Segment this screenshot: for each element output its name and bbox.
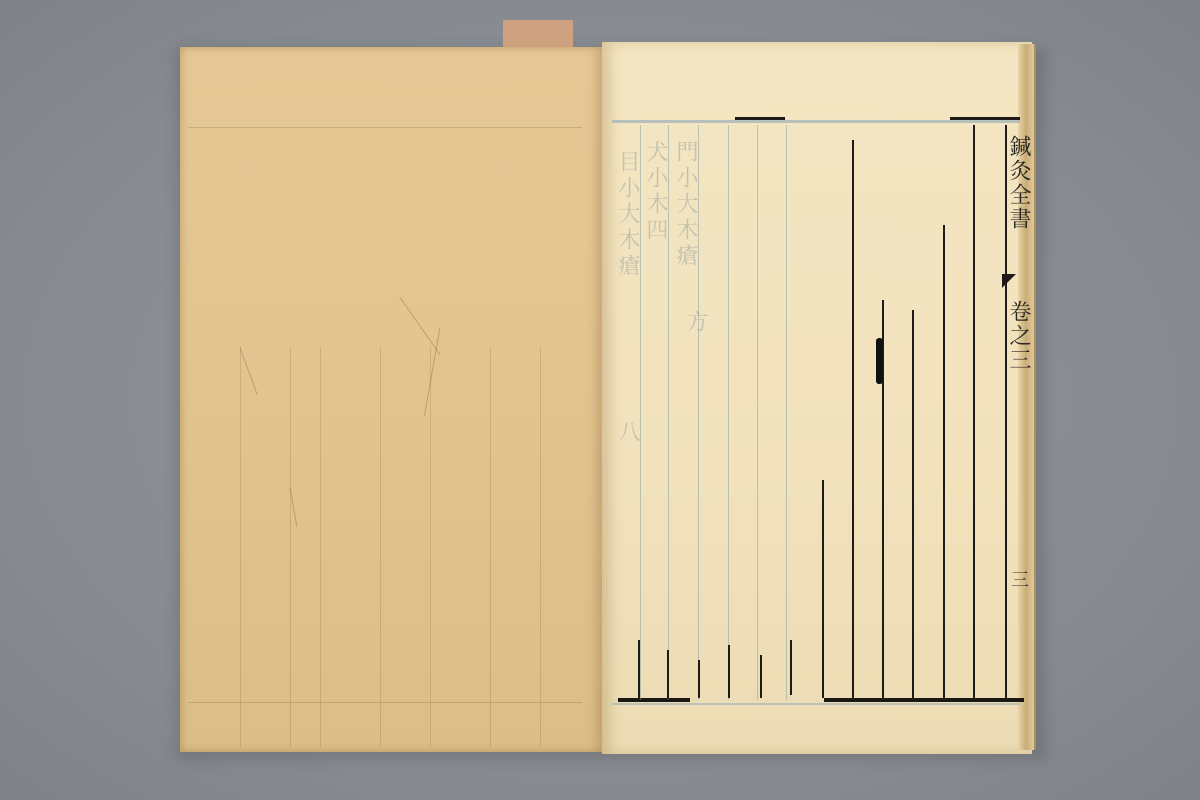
ink-column-rule — [943, 225, 945, 698]
ghost-column — [380, 347, 381, 747]
fishtail-mark — [1002, 274, 1016, 288]
ghost-column — [240, 347, 241, 747]
faint-column-rule — [786, 125, 787, 700]
ink-border-bottom — [618, 698, 690, 702]
faint-column-rule — [728, 125, 729, 700]
bleed-through-text: 犬小木四 — [640, 140, 671, 244]
ink-column-rule — [822, 480, 824, 698]
ink-blot — [876, 338, 883, 384]
frame-border-top — [612, 120, 1020, 123]
ghost-rule — [188, 702, 582, 703]
left-page — [180, 47, 602, 752]
ink-column-rule — [973, 125, 975, 698]
ghost-column — [430, 347, 431, 747]
ink-column-rule — [790, 640, 792, 695]
paper-fiber — [424, 327, 441, 416]
ghost-rule — [188, 127, 582, 128]
page-number-margin: 三 — [1005, 570, 1031, 588]
bleed-through-text: 八 — [612, 420, 643, 446]
bleed-through-text: 目小大木瘡 — [612, 150, 643, 280]
paper-fiber — [240, 347, 258, 394]
bleed-through-text: 門小大木瘡 — [670, 140, 701, 270]
volume-label-margin: 卷之三 — [1003, 300, 1034, 372]
frame-border-bottom — [612, 703, 1020, 705]
bleed-through-text: 方 — [680, 310, 711, 336]
ink-border-top — [950, 117, 1020, 120]
ink-column-rule — [728, 645, 730, 698]
ink-border-top — [735, 117, 785, 120]
ink-column-rule — [912, 310, 914, 698]
faint-column-rule — [757, 125, 758, 700]
ghost-column — [490, 347, 491, 747]
ink-column-rule — [760, 655, 762, 698]
ghost-column — [320, 347, 321, 747]
ink-column-rule — [852, 140, 854, 698]
ghost-column — [540, 347, 541, 747]
paper-fiber — [400, 297, 441, 355]
ink-column-rule — [638, 640, 640, 698]
ink-column-rule — [667, 650, 669, 698]
ghost-column — [290, 347, 291, 747]
ink-column-rule — [698, 660, 700, 698]
ink-border-bottom — [824, 698, 1024, 702]
book-title-margin: 鍼灸全書 — [1003, 135, 1034, 231]
